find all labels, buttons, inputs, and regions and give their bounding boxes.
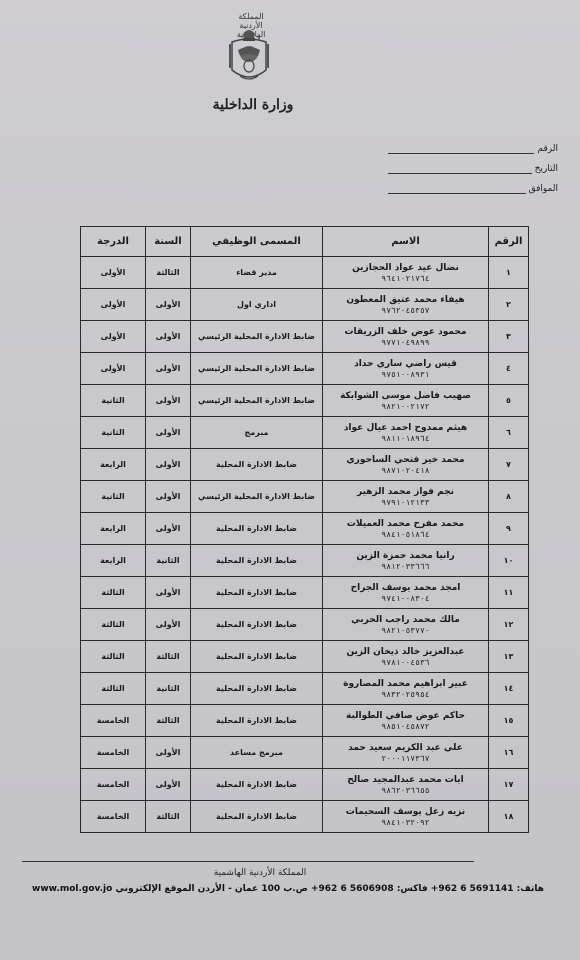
table-row: ٩محمد مفرح محمد العميلات٩٨٤١٠٥١٨٦٤ضابط ا… [81,513,529,545]
row-name-cell: محمد مفرح محمد العميلات٩٨٤١٠٥١٨٦٤ [323,513,489,545]
row-year: الثالثة [146,641,191,673]
meta-field-number: الرقم [388,144,558,154]
row-grade: الخامسة [81,705,146,737]
employee-name: عبير ابراهيم محمد المصاروة [323,678,488,690]
row-year: الأولى [146,385,191,417]
row-grade: الثانية [81,481,146,513]
row-year: الأولى [146,321,191,353]
table-row: ١٤عبير ابراهيم محمد المصاروة٩٨٣٢٠٢٥٩٥٤ضا… [81,673,529,705]
row-number: ٩ [489,513,529,545]
row-number: ١٦ [489,737,529,769]
row-grade: الأولى [81,257,146,289]
row-job-title: ضابط الادارة المحلية [191,801,323,833]
row-year: الثانية [146,673,191,705]
national-id: ٩٧٩١٠١٢١٣٣ [323,498,488,508]
table-row: ٢هيفاء محمد عتيق المعطون٩٧٦٢٠٤٥٣٥٧اداري … [81,289,529,321]
footer-kingdom: المملكة الأردنية الهاشمية [200,868,320,878]
row-name-cell: هيثم ممدوح احمد عيال عواد٩٨١١٠١٨٩٦٤ [323,417,489,449]
row-job-title: ضابط الادارة المحلية الرئيسي [191,321,323,353]
table-row: ٨نجم فواز محمد الزهير٩٧٩١٠١٢١٣٣ضابط الاد… [81,481,529,513]
row-number: ١١ [489,577,529,609]
national-id: ٩٨٧١٠٢٠٤١٨ [323,466,488,476]
row-name-cell: حاكم عوض صافي الطوالبة٩٨٥١٠٤٥٨٧٢ [323,705,489,737]
table-row: ١٠رانيا محمد حمزة الزين٩٨١٢٠٣٣٦٦٦ضابط ال… [81,545,529,577]
meta-line [388,187,526,194]
row-job-title: ضابط الادارة المحلية [191,609,323,641]
row-job-title: ضابط الادارة المحلية [191,769,323,801]
employee-name: محمد مفرح محمد العميلات [323,518,488,530]
col-header-name: الاسم [323,227,489,257]
employee-name: هيفاء محمد عتيق المعطون [323,294,488,306]
table-row: ١٣عبدالعزيز خالد ذيخان الزين٩٧٨١٠٠٤٥٣٦ضا… [81,641,529,673]
row-year: الثالثة [146,705,191,737]
row-job-title: مبرمج مساعد [191,737,323,769]
row-job-title: ضابط الادارة المحلية الرئيسي [191,353,323,385]
national-id: ٩٨٤١٠٥١٨٦٤ [323,530,488,540]
meta-label: التاريخ [535,164,558,174]
employee-name: علي عبد الكريم سعيد حمد [323,742,488,754]
row-year: الأولى [146,513,191,545]
row-job-title: ضابط الادارة المحلية [191,449,323,481]
row-number: ٥ [489,385,529,417]
table-row: ٦هيثم ممدوح احمد عيال عواد٩٨١١٠١٨٩٦٤مبرم… [81,417,529,449]
ministry-name: وزارة الداخلية [208,97,298,119]
national-id: ٩٨١١٠١٨٩٦٤ [323,434,488,444]
row-year: الأولى [146,481,191,513]
row-name-cell: عبدالعزيز خالد ذيخان الزين٩٧٨١٠٠٤٥٣٦ [323,641,489,673]
employee-name: صهيب فاضل موسى الشوابكة [323,390,488,402]
row-year: الأولى [146,289,191,321]
table-row: ١٥حاكم عوض صافي الطوالبة٩٨٥١٠٤٥٨٧٢ضابط ا… [81,705,529,737]
row-job-title: مدير قضاء [191,257,323,289]
row-number: ١٢ [489,609,529,641]
row-number: ٤ [489,353,529,385]
employee-name: هيثم ممدوح احمد عيال عواد [323,422,488,434]
col-header-year: السنة [146,227,191,257]
table-header-row: الرقم الاسم المسمى الوظيفي السنة الدرجة [81,227,529,257]
employee-name: مالك محمد راجب الحربي [323,614,488,626]
row-job-title: ضابط الادارة المحلية الرئيسي [191,481,323,513]
table-row: ١٢مالك محمد راجب الحربي٩٨٢١٠٥٣٧٧٠ضابط ال… [81,609,529,641]
row-grade: الخامسة [81,801,146,833]
row-number: ٦ [489,417,529,449]
national-id: ٩٨٤١٠٣٢٠٩٢ [323,818,488,828]
national-id: ٩٨٥١٠٤٥٨٧٢ [323,722,488,732]
employee-table: الرقم الاسم المسمى الوظيفي السنة الدرجة … [80,226,529,833]
row-grade: الثالثة [81,641,146,673]
row-name-cell: نجم فواز محمد الزهير٩٧٩١٠١٢١٣٣ [323,481,489,513]
row-job-title: ضابط الادارة المحلية [191,641,323,673]
row-number: ١ [489,257,529,289]
row-grade: الخامسة [81,769,146,801]
row-year: الأولى [146,449,191,481]
footer-contact: هاتف: 5691141 6 962+ فاكس: 5606908 6 962… [18,884,558,894]
employee-name: حاكم عوض صافي الطوالبة [323,710,488,722]
row-job-title: ضابط الادارة المحلية [191,673,323,705]
row-job-title: ضابط الادارة المحلية الرئيسي [191,385,323,417]
row-year: الثالثة [146,801,191,833]
row-name-cell: ايات محمد عبدالمجيد صالح٩٨٦٢٠٣٦٦٥٥ [323,769,489,801]
row-name-cell: محمود عوض خلف الزريقات٩٧٧١٠٤٩٨٩٩ [323,321,489,353]
row-grade: الخامسة [81,737,146,769]
national-id: ٩٨٢١٠٥٣٧٧٠ [323,626,488,636]
row-name-cell: نزيه زعل يوسف السحيمات٩٨٤١٠٣٢٠٩٢ [323,801,489,833]
row-number: ١٨ [489,801,529,833]
row-number: ٢ [489,289,529,321]
meta-field-date: التاريخ [388,164,558,174]
table-row: ٥صهيب فاضل موسى الشوابكة٩٨٢١٠٠٢١٧٢ضابط ا… [81,385,529,417]
col-header-grade: الدرجة [81,227,146,257]
table-row: ١٦علي عبد الكريم سعيد حمد٢٠٠٠١١٧٣٦٧مبرمج… [81,737,529,769]
row-grade: الأولى [81,353,146,385]
national-id: ٩٦٤١٠٢١٧٦٤ [323,274,488,284]
row-job-title: ضابط الادارة المحلية [191,545,323,577]
national-id: ٩٧٨١٠٠٤٥٣٦ [323,658,488,668]
row-grade: الرابعة [81,545,146,577]
coat-of-arms-icon [226,26,272,86]
row-year: الأولى [146,737,191,769]
meta-line [388,147,534,154]
col-header-job-title: المسمى الوظيفي [191,227,323,257]
employee-name: نضال عيد عواد الحجازين [323,262,488,274]
row-job-title: ضابط الادارة المحلية [191,513,323,545]
national-id: ٩٧٧١٠٤٩٨٩٩ [323,338,488,348]
row-year: الأولى [146,417,191,449]
row-job-title: مبرمج [191,417,323,449]
national-id: ٩٨١٢٠٣٣٦٦٦ [323,562,488,572]
row-grade: الرابعة [81,449,146,481]
national-id: ٢٠٠٠١١٧٣٦٧ [323,754,488,764]
row-grade: الأولى [81,289,146,321]
employee-name: عبدالعزيز خالد ذيخان الزين [323,646,488,658]
row-name-cell: رانيا محمد حمزة الزين٩٨١٢٠٣٣٦٦٦ [323,545,489,577]
meta-label: الرقم [537,144,558,154]
employee-name: امجد محمد يوسف الجراح [323,582,488,594]
employee-name: رانيا محمد حمزة الزين [323,550,488,562]
row-year: الثانية [146,545,191,577]
employee-name: ايات محمد عبدالمجيد صالح [323,774,488,786]
employee-name: قيس راضي ساري حداد [323,358,488,370]
row-grade: الثانية [81,417,146,449]
row-name-cell: قيس راضي ساري حداد٩٧٥١٠٠٨٩٣١ [323,353,489,385]
row-number: ٣ [489,321,529,353]
row-name-cell: علي عبد الكريم سعيد حمد٢٠٠٠١١٧٣٦٧ [323,737,489,769]
row-year: الثالثة [146,257,191,289]
row-year: الأولى [146,577,191,609]
employee-name: نزيه زعل يوسف السحيمات [323,806,488,818]
national-id: ٩٨٦٢٠٣٦٦٥٥ [323,786,488,796]
row-job-title: اداري اول [191,289,323,321]
employee-name: نجم فواز محمد الزهير [323,486,488,498]
employee-name: محمود عوض خلف الزريقات [323,326,488,338]
table-row: ٣محمود عوض خلف الزريقات٩٧٧١٠٤٩٨٩٩ضابط ال… [81,321,529,353]
meta-field-corresponding: الموافق [388,184,558,194]
table-row: ١١امجد محمد يوسف الجراح٩٧٤١٠٠٨٣٠٤ضابط ال… [81,577,529,609]
row-job-title: ضابط الادارة المحلية [191,705,323,737]
row-number: ١٥ [489,705,529,737]
row-name-cell: صهيب فاضل موسى الشوابكة٩٨٢١٠٠٢١٧٢ [323,385,489,417]
row-name-cell: عبير ابراهيم محمد المصاروة٩٨٣٢٠٢٥٩٥٤ [323,673,489,705]
row-year: الأولى [146,609,191,641]
col-header-number: الرقم [489,227,529,257]
row-name-cell: مالك محمد راجب الحربي٩٨٢١٠٥٣٧٧٠ [323,609,489,641]
document-page: المملكة الأردنية الهاشمية وزارة الداخلية… [0,0,580,960]
row-grade: الثالثة [81,577,146,609]
row-grade: الرابعة [81,513,146,545]
table-row: ٤قيس راضي ساري حداد٩٧٥١٠٠٨٩٣١ضابط الادار… [81,353,529,385]
footer-divider [22,861,474,862]
row-year: الأولى [146,769,191,801]
table-row: ١٨نزيه زعل يوسف السحيمات٩٨٤١٠٣٢٠٩٢ضابط ا… [81,801,529,833]
row-name-cell: نضال عيد عواد الحجازين٩٦٤١٠٢١٧٦٤ [323,257,489,289]
meta-line [388,167,532,174]
table-row: ٧محمد خير فتحي الساحوري٩٨٧١٠٢٠٤١٨ضابط ال… [81,449,529,481]
row-grade: الثانية [81,385,146,417]
national-id: ٩٧٤١٠٠٨٣٠٤ [323,594,488,604]
national-id: ٩٨٣٢٠٢٥٩٥٤ [323,690,488,700]
row-grade: الأولى [81,321,146,353]
row-job-title: ضابط الادارة المحلية [191,577,323,609]
row-number: ١٠ [489,545,529,577]
row-name-cell: هيفاء محمد عتيق المعطون٩٧٦٢٠٤٥٣٥٧ [323,289,489,321]
national-id: ٩٧٦٢٠٤٥٣٥٧ [323,306,488,316]
row-year: الأولى [146,353,191,385]
crest-caption: المملكة الأردنية الهاشمية [226,12,276,22]
table-row: ١نضال عيد عواد الحجازين٩٦٤١٠٢١٧٦٤مدير قض… [81,257,529,289]
row-number: ١٣ [489,641,529,673]
employee-name: محمد خير فتحي الساحوري [323,454,488,466]
row-number: ٧ [489,449,529,481]
row-number: ١٧ [489,769,529,801]
national-id: ٩٧٥١٠٠٨٩٣١ [323,370,488,380]
row-name-cell: امجد محمد يوسف الجراح٩٧٤١٠٠٨٣٠٤ [323,577,489,609]
row-grade: الثالثة [81,673,146,705]
national-id: ٩٨٢١٠٠٢١٧٢ [323,402,488,412]
row-name-cell: محمد خير فتحي الساحوري٩٨٧١٠٢٠٤١٨ [323,449,489,481]
row-number: ٨ [489,481,529,513]
table-row: ١٧ايات محمد عبدالمجيد صالح٩٨٦٢٠٣٦٦٥٥ضابط… [81,769,529,801]
row-number: ١٤ [489,673,529,705]
row-grade: الثالثة [81,609,146,641]
meta-label: الموافق [529,184,558,194]
